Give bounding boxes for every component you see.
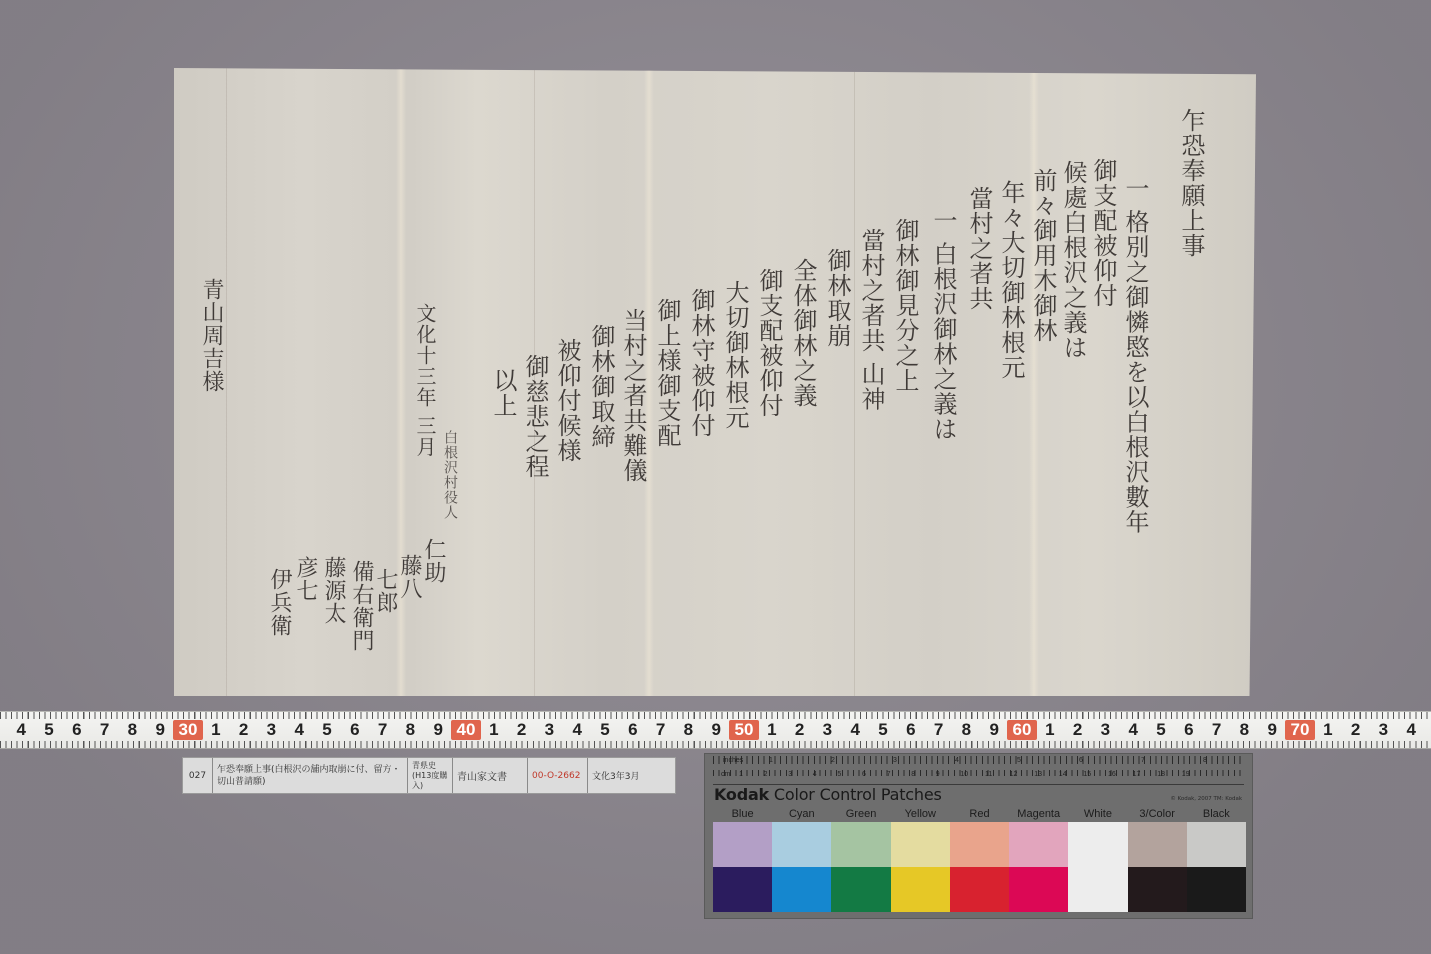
tape-number: 6 xyxy=(1179,720,1199,740)
body-column: 御林取崩 xyxy=(824,248,850,348)
cm-mark: cm xyxy=(721,771,730,778)
body-column: 當村之者共 山神 xyxy=(858,228,884,412)
tape-number: 3 xyxy=(817,720,837,740)
tape-number: 8 xyxy=(956,720,976,740)
tape-number: 8 xyxy=(1234,720,1254,740)
tape-number: 1 xyxy=(762,720,782,740)
body-column: 御慈悲之程 xyxy=(522,354,548,479)
body-column: 御支配被仰付 xyxy=(1090,158,1116,308)
body-column: 一 格別之御憐愍を以白根沢數年 xyxy=(1122,176,1148,535)
tape-number: 1 xyxy=(484,720,504,740)
document-heading: 乍恐奉願上事 xyxy=(1178,108,1204,258)
kodak-brand: Kodak Color Control Patches xyxy=(714,785,942,804)
body-column: 御上様御支配 xyxy=(654,298,680,448)
cm-mark: 15 xyxy=(1083,771,1091,778)
patch-dark xyxy=(1187,867,1246,912)
tape-number: 70 xyxy=(1285,720,1315,740)
patch-label: Cyan xyxy=(772,808,831,820)
cm-mark: 5 xyxy=(837,771,841,778)
patch-dark xyxy=(1009,867,1068,912)
patch-light xyxy=(831,822,890,867)
tape-number: 3 xyxy=(1373,720,1393,740)
patch-label: White xyxy=(1068,808,1127,820)
tape-number: 30 xyxy=(173,720,203,740)
tape-number: 6 xyxy=(623,720,643,740)
cm-mark: 14 xyxy=(1059,771,1067,778)
patch-dark xyxy=(1068,867,1127,912)
patch-light xyxy=(1068,822,1127,867)
cm-mark: 1 xyxy=(739,771,743,778)
cm-mark: 13 xyxy=(1034,771,1042,778)
inch-mark: 6 xyxy=(1079,757,1083,764)
cm-mark: 18 xyxy=(1157,771,1165,778)
tape-number: 8 xyxy=(400,720,420,740)
brand-name: Kodak xyxy=(714,785,769,804)
body-column: 前々御用木御林 xyxy=(1030,168,1056,343)
tape-number: 9 xyxy=(1262,720,1282,740)
body-column: 一 白根沢御林之義は xyxy=(930,208,956,442)
cm-mark: 7 xyxy=(887,771,891,778)
tape-number: 6 xyxy=(345,720,365,740)
tape-number: 50 xyxy=(729,720,759,740)
patch-label: Black xyxy=(1187,808,1246,820)
tape-number: 9 xyxy=(984,720,1004,740)
catalog-id: 00-O-2662 xyxy=(528,758,588,793)
catalog-collection: 青山家文書 xyxy=(453,758,528,793)
patch-label: Blue xyxy=(713,808,772,820)
tape-number: 2 xyxy=(1068,720,1088,740)
tape-number: 5 xyxy=(317,720,337,740)
patch-light xyxy=(950,822,1009,867)
patch-light xyxy=(1187,822,1246,867)
color-patch-magenta xyxy=(1009,822,1068,912)
tape-number: 60 xyxy=(1007,720,1037,740)
body-column: 御林御見分之上 xyxy=(892,218,918,393)
paper-crease xyxy=(226,68,227,696)
patch-label: Magenta xyxy=(1009,808,1068,820)
tape-number: 5 xyxy=(1151,720,1171,740)
color-patch-green xyxy=(831,822,890,912)
copyright-notice: © Kodak, 2007 TM: Kodak xyxy=(1170,796,1242,802)
patch-light xyxy=(1009,822,1068,867)
addressee: 青山周吉様 xyxy=(198,278,224,393)
tape-number: 4 xyxy=(845,720,865,740)
body-column: 全体御林之義 xyxy=(790,258,816,408)
body-column: 以上 xyxy=(490,368,516,418)
color-patch-blue xyxy=(713,822,772,912)
tape-number: 40 xyxy=(451,720,481,740)
patch-label: Red xyxy=(950,808,1009,820)
tape-number: 2 xyxy=(512,720,532,740)
patch-label: 3/Color xyxy=(1128,808,1187,820)
color-patch-white xyxy=(1068,822,1127,912)
cm-mark: 2 xyxy=(764,771,768,778)
patch-light xyxy=(713,822,772,867)
tape-number: 2 xyxy=(1346,720,1366,740)
patch-light xyxy=(1128,822,1187,867)
tape-number: 5 xyxy=(873,720,893,740)
color-patches xyxy=(713,822,1246,912)
tape-number: 1 xyxy=(206,720,226,740)
paper-crease xyxy=(854,68,855,696)
body-column: 當村之者共 xyxy=(966,186,992,311)
tape-number: 8 xyxy=(122,720,142,740)
paper-fold xyxy=(1029,68,1039,696)
cm-mark: 9 xyxy=(936,771,940,778)
tape-number: 3 xyxy=(539,720,559,740)
tape-number: 1 xyxy=(1318,720,1338,740)
signatory: 伊兵衛 xyxy=(266,568,292,637)
ruler-ticks xyxy=(713,756,1244,764)
tape-number: 5 xyxy=(595,720,615,740)
tape-number: 7 xyxy=(373,720,393,740)
inch-mark: 2 xyxy=(831,757,835,764)
cm-mark: 17 xyxy=(1133,771,1141,778)
patch-dark xyxy=(950,867,1009,912)
inch-mark: 3 xyxy=(893,757,897,764)
tape-number: 1 xyxy=(1040,720,1060,740)
tape-number: 4 xyxy=(289,720,309,740)
cm-mark: 8 xyxy=(911,771,915,778)
catalog-number: 027 xyxy=(183,758,213,793)
patch-dark xyxy=(713,867,772,912)
tape-number: 2 xyxy=(234,720,254,740)
color-patch-red xyxy=(950,822,1009,912)
cm-mark: 10 xyxy=(960,771,968,778)
patch-dark xyxy=(1128,867,1187,912)
tape-number: 4 xyxy=(567,720,587,740)
patch-labels: BlueCyanGreenYellowRedMagentaWhite3/Colo… xyxy=(713,808,1246,820)
patch-dark xyxy=(891,867,950,912)
tape-number: 7 xyxy=(929,720,949,740)
body-column: 御支配被仰付 xyxy=(756,268,782,418)
patch-light xyxy=(891,822,950,867)
tape-number: 5 xyxy=(39,720,59,740)
kodak-color-chart: inches12345678 cm12345678910111213141516… xyxy=(704,753,1253,919)
tape-number: 6 xyxy=(901,720,921,740)
inch-mark: 5 xyxy=(1017,757,1021,764)
body-column: 当村之者共難儀 xyxy=(620,308,646,483)
signatory: 藤源太 xyxy=(320,556,346,625)
tape-number: 4 xyxy=(11,720,31,740)
color-patch-black xyxy=(1187,822,1246,912)
cm-mark: 4 xyxy=(813,771,817,778)
tape-ticks xyxy=(0,712,1431,719)
document-date: 文化十三年 三月 xyxy=(412,303,438,457)
color-patch-3-color xyxy=(1128,822,1187,912)
body-column: 年々大切御林根元 xyxy=(998,180,1024,380)
cm-mark: 16 xyxy=(1108,771,1116,778)
tape-number: 4 xyxy=(1123,720,1143,740)
body-column: 候處白根沢之義は xyxy=(1060,160,1086,360)
body-column: 被仰付候様 xyxy=(554,338,580,463)
inch-mark: inches xyxy=(723,757,743,764)
signatory: 藤八 xyxy=(396,554,422,600)
tape-number: 9 xyxy=(150,720,170,740)
catalog-label-slip: 027 乍恐奉願上事(白根沢の舗内取崩に付、留方・切山普請願) 青県史(H13度… xyxy=(182,757,676,794)
body-column: 御林御取締 xyxy=(588,324,614,449)
tape-number: 2 xyxy=(790,720,810,740)
cm-mark: 3 xyxy=(788,771,792,778)
cm-mark: 11 xyxy=(985,771,992,778)
tape-number: 3 xyxy=(1095,720,1115,740)
tape-ticks xyxy=(0,741,1431,748)
inch-mark: 7 xyxy=(1141,757,1145,764)
signatory: 仁助 xyxy=(420,538,446,584)
tape-number: 3 xyxy=(261,720,281,740)
cm-mark: 6 xyxy=(862,771,866,778)
chart-ruler: inches12345678 cm12345678910111213141516… xyxy=(713,756,1244,785)
tape-number: 4 xyxy=(1401,720,1421,740)
body-column: 御林守被仰付 xyxy=(688,288,714,438)
tape-number: 7 xyxy=(95,720,115,740)
inch-mark: 8 xyxy=(1203,757,1207,764)
patch-label: Green xyxy=(831,808,890,820)
catalog-source: 青県史(H13度購入) xyxy=(408,758,453,793)
tape-number: 7 xyxy=(1207,720,1227,740)
catalog-title: 乍恐奉願上事(白根沢の舗内取崩に付、留方・切山普請願) xyxy=(213,758,408,793)
tape-number: 8 xyxy=(678,720,698,740)
village-officials-note: 白根沢村役人 xyxy=(442,430,458,520)
tape-measure: 4567893012345678940123456789501234567896… xyxy=(0,711,1431,749)
tape-number: 9 xyxy=(706,720,726,740)
tape-number: 9 xyxy=(428,720,448,740)
signatory: 彦七 xyxy=(292,556,318,602)
manuscript-paper: 乍恐奉願上事 一 格別之御憐愍を以白根沢數年 御支配被仰付 候處白根沢之義は 前… xyxy=(174,68,1256,696)
tape-number: 6 xyxy=(67,720,87,740)
color-patch-cyan xyxy=(772,822,831,912)
patch-label: Yellow xyxy=(891,808,950,820)
chart-title: Color Control Patches xyxy=(774,785,942,804)
inch-mark: 1 xyxy=(769,757,773,764)
body-column: 大切御林根元 xyxy=(722,280,748,430)
tape-number: 7 xyxy=(651,720,671,740)
color-patch-yellow xyxy=(891,822,950,912)
cm-mark: 12 xyxy=(1010,771,1018,778)
patch-dark xyxy=(831,867,890,912)
patch-light xyxy=(772,822,831,867)
cm-mark: 19 xyxy=(1182,771,1190,778)
catalog-date: 文化3年3月 xyxy=(588,758,675,793)
patch-dark xyxy=(772,867,831,912)
signatory: 備右衛門 xyxy=(348,560,374,652)
signatory: 七郎 xyxy=(372,568,398,614)
inch-mark: 4 xyxy=(955,757,959,764)
